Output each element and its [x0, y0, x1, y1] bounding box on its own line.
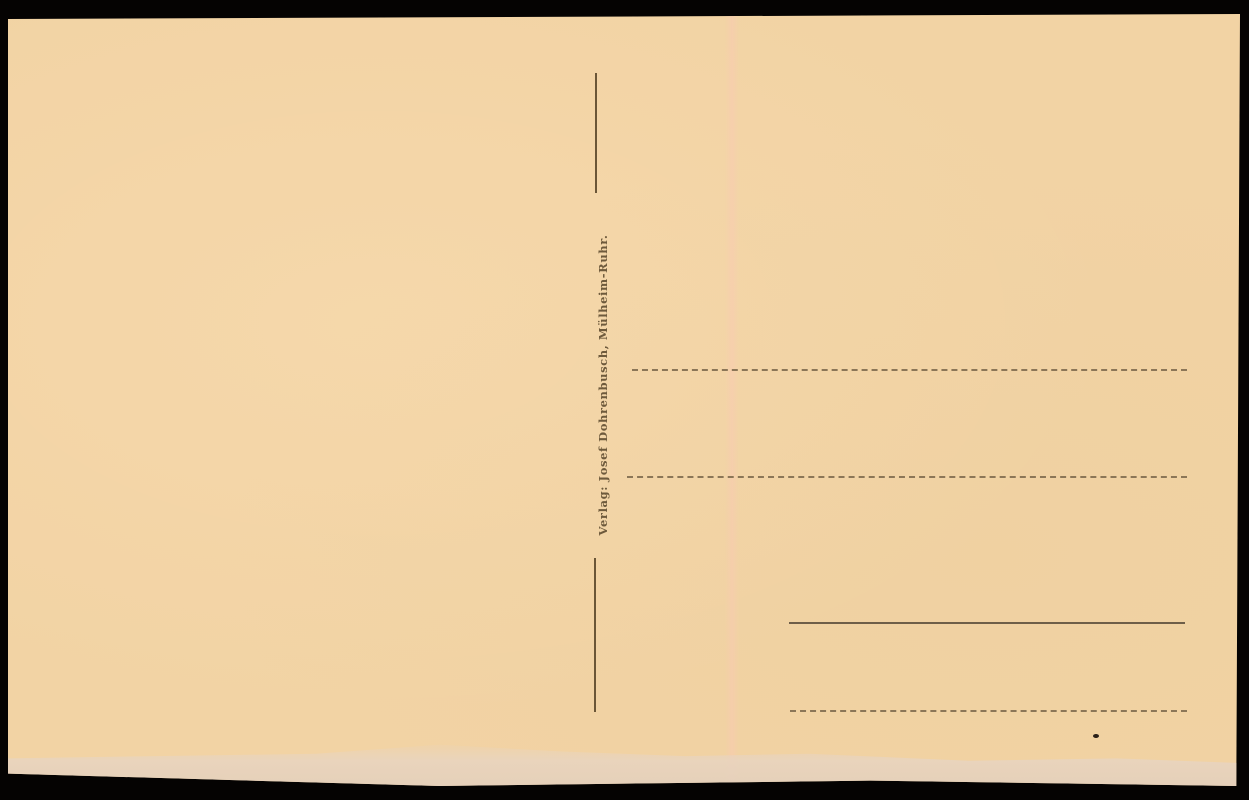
paper-discoloration [725, 14, 739, 786]
divider-line-top [595, 73, 597, 193]
worn-bottom-edge [8, 740, 1240, 786]
publisher-imprint: Verlag: Josef Dohrenbusch, Mülheim-Ruhr. [596, 235, 610, 536]
address-line-1 [632, 369, 1187, 371]
address-line-4 [790, 710, 1187, 712]
address-line-2 [627, 476, 1187, 478]
postcard-back: Verlag: Josef Dohrenbusch, Mülheim-Ruhr. [8, 14, 1240, 786]
address-line-3 [789, 622, 1185, 624]
ink-speck [1093, 734, 1099, 738]
divider-line-bottom [594, 558, 596, 712]
